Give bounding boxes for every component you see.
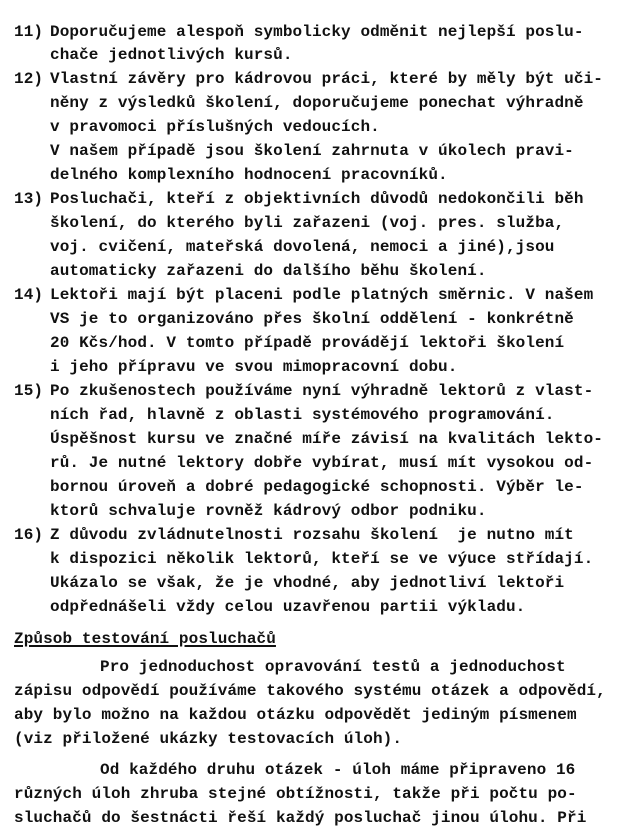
item-text-line: chače jednotlivých kursů.	[50, 45, 293, 65]
paragraph-line: aby bylo možno na každou otázku odpovědě…	[14, 705, 577, 725]
item-text-line: školení, do kterého byli zařazeni (voj. …	[50, 213, 564, 233]
item-text-line: rů. Je nutné lektory dobře vybírat, musí…	[50, 453, 593, 473]
item-text-line: Posluchači, kteří z objektivních důvodů …	[50, 190, 584, 208]
paragraph-line: (viz přiložené ukázky testovacích úloh).	[14, 729, 402, 749]
item-text-line: 20 Kčs/hod. V tomto případě provádějí le…	[50, 333, 564, 353]
list-item-15: 15)Po zkušenostech používáme nyní výhrad…	[14, 381, 593, 401]
item-number: 12)	[14, 69, 50, 89]
item-number: 15)	[14, 381, 50, 401]
list-item-11: 11)Doporučujeme alespoň symbolicky odměn…	[14, 22, 584, 42]
item-text-line: i jeho přípravu ve svou mimopracovní dob…	[50, 357, 457, 377]
item-text-line: v pravomoci příslušných vedoucích.	[50, 117, 380, 137]
item-text-line: Vlastní závěry pro kádrovou práci, které…	[50, 70, 603, 88]
paragraph-first-line: Od každého druhu otázek - úloh máme přip…	[100, 760, 575, 780]
list-item-13: 13)Posluchači, kteří z objektivních důvo…	[14, 189, 584, 209]
item-text-line: VS je to organizováno přes školní odděle…	[50, 309, 574, 329]
document-page: 11)Doporučujeme alespoň symbolicky odměn…	[0, 0, 620, 839]
item-number: 14)	[14, 285, 50, 305]
item-text-line: Lektoři mají být placeni podle platných …	[50, 286, 593, 304]
item-text-line: Úspěšnost kursu ve značné míře závisí na…	[50, 429, 603, 449]
list-item-14: 14)Lektoři mají být placeni podle platný…	[14, 285, 593, 305]
item-text-line: delného komplexního hodnocení pracovníků…	[50, 165, 448, 185]
list-item-12: 12)Vlastní závěry pro kádrovou práci, kt…	[14, 69, 603, 89]
item-text-line: Z důvodu zvládnutelnosti rozsahu školení…	[50, 526, 574, 544]
list-item-16: 16)Z důvodu zvládnutelnosti rozsahu škol…	[14, 525, 574, 545]
paragraph-first-line: Pro jednoduchost opravování testů a jedn…	[100, 657, 566, 677]
paragraph-line: zápisu odpovědí používáme takového systé…	[14, 681, 606, 701]
item-text-line: V našem případě jsou školení zahrnuta v …	[50, 141, 574, 161]
item-number: 13)	[14, 189, 50, 209]
paragraph-line: různých úloh zhruba stejné obtížnosti, t…	[14, 784, 577, 804]
item-text-line: Ukázalo se však, že je vhodné, aby jedno…	[50, 573, 564, 593]
item-text-line: bornou úroveň a dobré pedagogické schopn…	[50, 477, 584, 497]
item-text-line: k dispozici několik lektorů, kteří se ve…	[50, 549, 593, 569]
section-heading: Způsob testování posluchačů	[14, 629, 276, 649]
item-text-line: něny z výsledků školení, doporučujeme po…	[50, 93, 584, 113]
item-text-line: voj. cvičení, mateřská dovolená, nemoci …	[50, 237, 554, 257]
item-text-line: automaticky zařazeni do dalšího běhu ško…	[50, 261, 487, 281]
item-text-line: ktorů schvaluje rovněž kádrový odbor pod…	[50, 501, 487, 521]
item-text-line: ních řad, hlavně z oblasti systémového p…	[50, 405, 554, 425]
item-number: 16)	[14, 525, 50, 545]
item-text-line: Po zkušenostech používáme nyní výhradně …	[50, 382, 593, 400]
item-number: 11)	[14, 22, 50, 42]
item-text-line: odpřednášeli vždy celou uzavřenou partii…	[50, 597, 525, 617]
paragraph-line: sluchačů do šestnácti řeší každý posluch…	[14, 808, 586, 828]
item-text-line: Doporučujeme alespoň symbolicky odměnit …	[50, 23, 584, 41]
